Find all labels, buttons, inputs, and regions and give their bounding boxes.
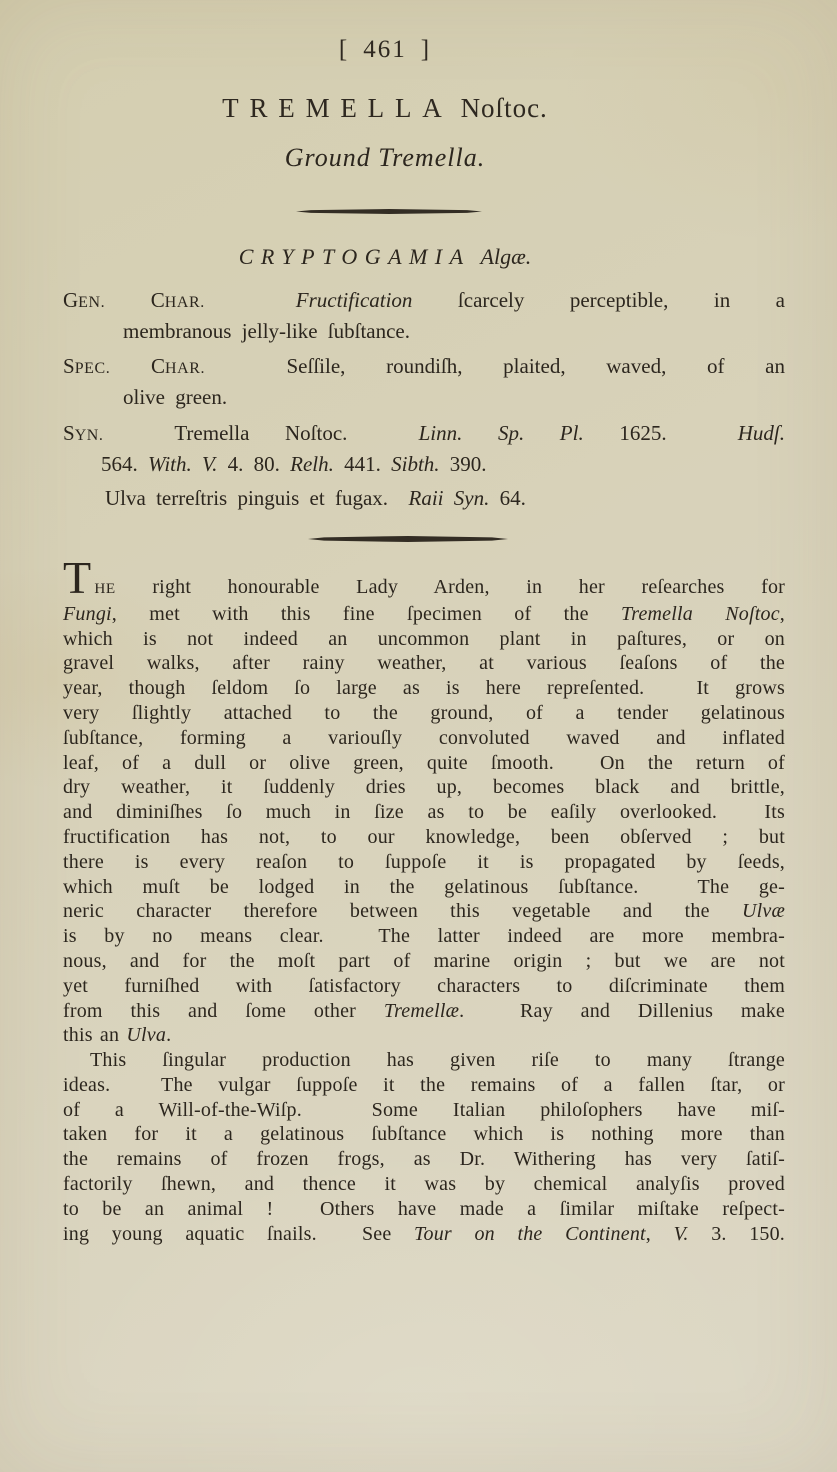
classification-order: CRYPTOGAMIA <box>239 244 471 269</box>
text-segment: C <box>151 288 165 312</box>
text-segment: this an <box>63 1024 126 1046</box>
body-paragraph-1: THE right honourable Lady Arden, in her … <box>63 566 785 1048</box>
text-segment: PEC. <box>75 360 111 377</box>
text-segment <box>205 288 296 312</box>
text-segment: Raii Syn. <box>409 486 490 510</box>
text-segment <box>110 354 151 378</box>
text-line: is by no means clear. The latter indeed … <box>63 924 785 949</box>
text-line: this an Ulva. <box>63 1023 785 1048</box>
swelled-rule-top <box>296 209 482 214</box>
classification-group: Algæ. <box>481 244 532 269</box>
text-segment: factorily ſhewn, and thence it was by ch… <box>63 1173 785 1195</box>
text-line: there is every reaſon to ſuppoſe it is p… <box>63 850 785 875</box>
text-segment: Sibth. <box>391 452 439 476</box>
bracket-right: ] <box>421 36 431 63</box>
text-segment: 1625. <box>584 421 738 445</box>
text-segment: , met with this fine ſpecimen of the <box>112 603 621 625</box>
text-segment: ſcarcely perceptible, in a <box>412 288 785 312</box>
text-line: yet furniſhed with ſatisfactory characte… <box>63 974 785 999</box>
genus-name: TREMELLA <box>222 93 452 123</box>
text-segment: which is not indeed an uncommon plant in… <box>63 628 785 650</box>
text-segment: S <box>63 354 75 378</box>
text-segment: Tour on the Continent <box>414 1223 646 1245</box>
text-segment: and diminiſhes ſo much in ſize as to be … <box>63 801 785 823</box>
text-segment: Linn. Sp. Pl. <box>419 421 584 445</box>
text-segment: membranous jelly-like ſubſtance. <box>123 319 410 343</box>
text-segment: year, though ſeldom ſo large as is here … <box>63 677 785 699</box>
text-segment: Fructification <box>296 288 413 312</box>
book-page: [461] TREMELLANoſtoc. Ground Tremella. C… <box>0 0 837 1472</box>
text-segment: olive green. <box>123 385 227 409</box>
text-segment: Tremellæ <box>384 1000 459 1022</box>
text-line: THE right honourable Lady Arden, in her … <box>63 566 785 602</box>
text-segment: Relh. <box>290 452 334 476</box>
text-segment: Ulva <box>126 1024 166 1046</box>
text-line: leaf, of a dull or olive green, quite ſm… <box>63 751 785 776</box>
text-segment: yet furniſhed with ſatisfactory characte… <box>63 975 785 997</box>
text-segment: gravel walks, after rainy weather, at va… <box>63 652 785 674</box>
text-segment: This ſingular production has given riſe … <box>90 1049 785 1071</box>
text-segment: HE <box>94 580 115 597</box>
page-number: [461] <box>25 36 745 64</box>
text-line: ideas. The vulgar ſuppoſe it the remains… <box>63 1073 785 1098</box>
text-segment: of a Will-of-the-Wiſp. Some Italian phil… <box>63 1099 785 1121</box>
text-segment: 4. 80. <box>217 452 290 476</box>
text-segment: ing young aquatic ſnails. See <box>63 1223 414 1245</box>
text-segment: HAR. <box>165 360 205 377</box>
text-segment: 441. <box>334 452 391 476</box>
text-line: which is not indeed an uncommon plant in… <box>63 627 785 652</box>
text-segment: taken for it a gelatinous ſubſtance whic… <box>63 1123 785 1145</box>
page-title: TREMELLANoſtoc. <box>25 93 745 124</box>
text-segment: Seſſile, roundiſh, plaited, waved, of an <box>205 354 785 378</box>
characters-block: GEN. CHAR. Fructification ſcarcely perce… <box>63 286 785 512</box>
text-segment: Tremella Noſtoc <box>621 603 780 625</box>
text-segment: Fungi <box>63 603 112 625</box>
text-line: 564. With. V. 4. 80. Relh. 441. Sibth. 3… <box>63 450 785 478</box>
text-line: GEN. CHAR. Fructification ſcarcely perce… <box>63 286 785 317</box>
text-line: This ſingular production has given riſe … <box>63 1048 785 1073</box>
text-line: dry weather, it ſuddenly dries up, becom… <box>63 775 785 800</box>
text-line: neric character therefore between this v… <box>63 899 785 924</box>
text-segment: fructification has not, to our knowledge… <box>63 826 785 848</box>
text-line: to be an animal ! Others have made a ſim… <box>63 1197 785 1222</box>
text-segment: V. <box>674 1223 689 1245</box>
text-segment: Hudſ. <box>738 421 785 445</box>
text-segment: 3. 150. <box>689 1223 785 1245</box>
text-segment: is by no means clear. The latter indeed … <box>63 925 785 947</box>
text-segment: from this and ſome other <box>63 1000 384 1022</box>
text-segment: 564. <box>101 452 148 476</box>
text-segment: Tremella Noſtoc. <box>104 421 419 445</box>
text-line: factorily ſhewn, and thence it was by ch… <box>63 1172 785 1197</box>
bracket-left: [ <box>339 36 349 63</box>
text-segment: G <box>63 288 78 312</box>
text-segment: very ſlightly attached to the ground, of… <box>63 702 785 724</box>
text-segment: right honourable Lady Arden, in her reſe… <box>116 576 785 598</box>
text-line: fructification has not, to our knowledge… <box>63 825 785 850</box>
body-paragraph-2: This ſingular production has given riſe … <box>63 1048 785 1246</box>
text-segment: 390. <box>440 452 487 476</box>
text-line: olive green. <box>63 383 785 411</box>
text-line: of a Will-of-the-Wiſp. Some Italian phil… <box>63 1098 785 1123</box>
text-segment: ideas. The vulgar ſuppoſe it the remains… <box>63 1074 785 1096</box>
text-segment: 64. <box>489 486 526 510</box>
text-segment: EN. <box>78 294 105 311</box>
text-line: SYN. Tremella Noſtoc. Linn. Sp. Pl. 1625… <box>63 419 785 450</box>
text-segment: which muſt be lodged in the gelatinous ſ… <box>63 876 785 898</box>
species-name: Noſtoc. <box>461 93 548 123</box>
text-segment: With. V. <box>148 452 217 476</box>
text-segment: leaf, of a dull or olive green, quite ſm… <box>63 752 785 774</box>
text-line: which muſt be lodged in the gelatinous ſ… <box>63 875 785 900</box>
text-segment: to be an animal ! Others have made a ſim… <box>63 1198 785 1220</box>
text-segment: Ulva terreſtris pinguis et fugax. <box>105 486 409 510</box>
text-segment: YN. <box>75 427 104 444</box>
text-line: Fungi, met with this fine ſpecimen of th… <box>63 602 785 627</box>
text-line: taken for it a gelatinous ſubſtance whic… <box>63 1122 785 1147</box>
text-segment: . Ray and Dillenius make <box>459 1000 785 1022</box>
text-line: gravel walks, after rainy weather, at va… <box>63 651 785 676</box>
text-segment: Ulvæ <box>742 900 785 922</box>
text-line: membranous jelly-like ſubſtance. <box>63 317 785 345</box>
text-line: and diminiſhes ſo much in ſize as to be … <box>63 800 785 825</box>
text-segment: S <box>63 421 75 445</box>
page-number-value: 461 <box>363 36 407 63</box>
text-line: from this and ſome other Tremellæ. Ray a… <box>63 999 785 1024</box>
text-line: the remains of frozen frogs, as Dr. With… <box>63 1147 785 1172</box>
text-segment: neric character therefore between this v… <box>63 900 742 922</box>
text-line: very ſlightly attached to the ground, of… <box>63 701 785 726</box>
common-name: Ground Tremella. <box>25 143 745 173</box>
text-segment: the remains of frozen frogs, as Dr. With… <box>63 1148 785 1170</box>
text-segment: C <box>151 354 165 378</box>
text-line: SPEC. CHAR. Seſſile, roundiſh, plaited, … <box>63 352 785 383</box>
drop-cap: T <box>63 552 91 603</box>
text-segment: , <box>646 1223 674 1245</box>
text-segment: , <box>780 603 785 625</box>
text-segment: there is every reaſon to ſuppoſe it is p… <box>63 851 785 873</box>
text-line: nous, and for the moſt part of marine or… <box>63 949 785 974</box>
text-line: Ulva terreſtris pinguis et fugax. Raii S… <box>63 484 785 512</box>
text-segment: HAR. <box>165 294 205 311</box>
text-segment: nous, and for the moſt part of marine or… <box>63 950 785 972</box>
text-segment <box>105 288 150 312</box>
text-segment: ſubſtance, forming a variouſly convolute… <box>63 727 785 749</box>
text-line: ſubſtance, forming a variouſly convolute… <box>63 726 785 751</box>
text-line: ing young aquatic ſnails. See Tour on th… <box>63 1222 785 1247</box>
text-segment: dry weather, it ſuddenly dries up, becom… <box>63 776 785 798</box>
text-segment: . <box>166 1024 171 1046</box>
swelled-rule-divider <box>308 536 508 542</box>
classification-line: CRYPTOGAMIAAlgæ. <box>25 244 745 270</box>
text-line: year, though ſeldom ſo large as is here … <box>63 676 785 701</box>
